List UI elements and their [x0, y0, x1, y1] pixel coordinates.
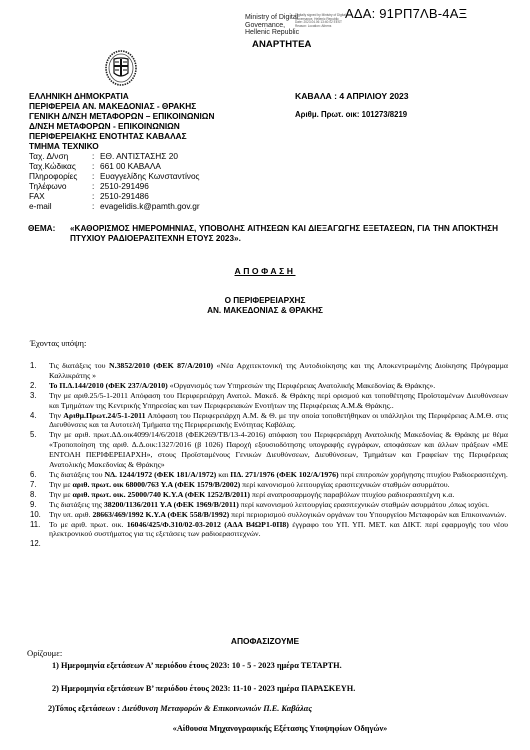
consideration-item: 12.: [30, 539, 508, 549]
decision-exam-room: «Αίθουσα Μηχανογραφικής Εξέτασης Υποψηφί…: [0, 724, 530, 733]
consideration-item: 9.Τις διατάξεις της 38200/1136/2011 Υ.Α …: [30, 500, 508, 510]
item-number: 4.: [30, 411, 49, 431]
item-number: 11.: [30, 520, 49, 540]
consideration-item: 4.Την Αριθμ.Πρωτ.24/5-1-2011 Απόφαση του…: [30, 411, 508, 431]
item-text: Την υπ. αριθ. 28663/469/1992 Κ.Υ.Α (ΦΕΚ …: [49, 510, 508, 520]
email-link[interactable]: evagelidis.k@pamth.gov.gr: [100, 201, 200, 211]
item-number: 12.: [30, 539, 49, 549]
subject: ΘΕΜΑ: «ΚΑΘΟΡΙΣΜΟΣ ΗΜΕΡΟΜΗΝΙΑΣ, ΥΠΟΒΟΛΗΣ …: [28, 224, 498, 244]
protocol-number: Αριθμ. Πρωτ. οικ: 101273/8219: [295, 110, 407, 119]
consideration-item: 3.Την με αριθ.25/5-1-2011 Απόφαση του Πε…: [30, 391, 508, 411]
item-number: 5.: [30, 430, 49, 470]
item-text: Το Π.Δ.144/2010 (ΦΕΚ 237/Α/2010) «Οργανι…: [49, 381, 508, 391]
decision-exam-date-b: 2) Ημερομηνία εξετάσεων Β’ περιόδου έτου…: [52, 684, 355, 693]
item-number: 10.: [30, 510, 49, 520]
item-text: Τις διατάξεις του ΝΔ. 1244/1972 (ΦΕΚ 181…: [49, 470, 508, 480]
letterhead: ΕΛΛΗΝΙΚΗ ΔΗΜΟΚΡΑΤΙΑ ΠΕΡΙΦΕΡΕΙΑ ΑΝ. ΜΑΚΕΔ…: [29, 91, 289, 211]
contact-address: Ταχ. Δ/νση : ΕΘ. ΑΝΤΙΣΤΑΣΗΣ 20: [29, 151, 289, 161]
digital-signature-block: Ministry of Digital Governance, Hellenic…: [245, 14, 355, 37]
letterhead-line: ΠΕΡΙΦΕΡΕΙΑΚΗΣ ΕΝΟΤΗΤΑΣ ΚΑΒΑΛΑΣ: [29, 131, 289, 141]
ada-number: ΑΔΑ: 91ΡΠ7ΛΒ-4ΑΞ: [345, 6, 467, 21]
item-text: Την με αριθ. πρωτ.ΔΔ.οικ4099/14/6/2018 (…: [49, 430, 508, 470]
consideration-item: 11.Το με αριθ. πρωτ. οικ. 16046/425/Φ.31…: [30, 520, 508, 540]
consideration-item: 8.Την με αριθ. πρωτ. οικ. 25000/740 Κ.Υ.…: [30, 490, 508, 500]
item-text: Την με αριθ.25/5-1-2011 Απόφαση του Περι…: [49, 391, 508, 411]
decision-exam-place: 2)Τόπος εξετάσεων : Διεύθυνση Μεταφορών …: [48, 704, 312, 713]
letterhead-line: ΓΕΝΙΚΗ Δ/ΝΣΗ ΜΕΤΑΦΟΡΩΝ – ΕΠΙΚΟΙΝΩΝΙΩΝ: [29, 111, 289, 121]
item-number: 7.: [30, 480, 49, 490]
contact-info-person: Πληροφορίες : Ευαγγελίδης Κωνσταντίνος: [29, 171, 289, 181]
item-number: 8.: [30, 490, 49, 500]
item-number: 6.: [30, 470, 49, 480]
posted-label: ΑΝΑΡΤΗΤΕΑ: [252, 39, 311, 50]
consideration-item: 5.Την με αριθ. πρωτ.ΔΔ.οικ4099/14/6/2018…: [30, 430, 508, 470]
letterhead-line: ΤΜΗΜΑ ΤΕΧΝΙΚΟ: [29, 141, 289, 151]
contact-postcode: Ταχ.Κώδικας : 661 00 ΚΑΒΑΛΑ: [29, 161, 289, 171]
subject-text: «ΚΑΘΟΡΙΣΜΟΣ ΗΜΕΡΟΜΗΝΙΑΣ, ΥΠΟΒΟΛΗΣ ΑΙΤΗΣΕ…: [70, 224, 498, 244]
considerations-list: 1.Τις διατάξεις του Ν.3852/2010 (ΦΕΚ 87/…: [30, 361, 508, 549]
item-number: 2.: [30, 381, 49, 391]
consideration-item: 1.Τις διατάξεις του Ν.3852/2010 (ΦΕΚ 87/…: [30, 361, 508, 381]
decision-title: ΑΠΟΦΑΣΗ: [0, 266, 530, 276]
consideration-item: 2.Το Π.Δ.144/2010 (ΦΕΚ 237/Α/2010) «Οργα…: [30, 381, 508, 391]
contact-email: e-mail : evagelidis.k@pamth.gov.gr: [29, 201, 289, 211]
contact-phone: Τηλέφωνο : 2510-291496: [29, 181, 289, 191]
letterhead-line: ΕΛΛΗΝΙΚΗ ΔΗΜΟΚΡΑΤΙΑ: [29, 91, 289, 101]
item-text: Τις διατάξεις του Ν.3852/2010 (ΦΕΚ 87/Α/…: [49, 361, 508, 381]
having-regard-label: Έχοντας υπόψη:: [30, 338, 86, 348]
consideration-item: 7.Την με αριθ. πρωτ. οικ 68000/763 Υ.Α (…: [30, 480, 508, 490]
item-text: Την με αριθ. πρωτ. οικ 68000/763 Υ.Α (ΦΕ…: [49, 480, 508, 490]
authority: Ο ΠΕΡΙΦΕΡΕΙΑΡΧΗΣ ΑΝ. ΜΑΚΕΔΟΝΙΑΣ & ΘΡΑΚΗΣ: [0, 296, 530, 316]
letterhead-line: ΠΕΡΙΦΕΡΕΙΑ ΑΝ. ΜΑΚΕΔΟΝΙΑΣ - ΘΡΑΚΗΣ: [29, 101, 289, 111]
item-text: Το με αριθ. πρωτ. οικ. 16046/425/Φ.310/0…: [49, 520, 508, 540]
letterhead-line: Δ/ΝΣΗ ΜΕΤΑΦΟΡΩΝ - ΕΠΙΚΟΙΝΩΝΙΩΝ: [29, 121, 289, 131]
item-number: 9.: [30, 500, 49, 510]
item-text: Την με αριθ. πρωτ. οικ. 25000/740 Κ.Υ.Α …: [49, 490, 508, 500]
subject-label: ΘΕΜΑ:: [28, 224, 70, 244]
item-text: [49, 539, 508, 549]
consideration-item: 10.Την υπ. αριθ. 28663/469/1992 Κ.Υ.Α (Φ…: [30, 510, 508, 520]
item-text: Τις διατάξεις της 38200/1136/2011 Υ.Α (Φ…: [49, 500, 508, 510]
we-set-label: Ορίζουμε:: [27, 648, 62, 658]
signature-details: Digitally signed by Ministry of Digital …: [295, 14, 347, 28]
item-text: Την Αριθμ.Πρωτ.24/5-1-2011 Απόφαση του Π…: [49, 411, 508, 431]
contact-fax: FAX : 2510-291486: [29, 191, 289, 201]
we-decide-heading: ΑΠΟΦΑΣΙΖΟΥΜΕ: [0, 636, 530, 646]
consideration-item: 6.Τις διατάξεις του ΝΔ. 1244/1972 (ΦΕΚ 1…: [30, 470, 508, 480]
item-number: 3.: [30, 391, 49, 411]
decision-exam-date-a: 1) Ημερομηνία εξετάσεων Α’ περιόδου έτου…: [52, 661, 342, 670]
hellenic-emblem-icon: [104, 49, 138, 87]
city-date: ΚΑΒΑΛΑ : 4 ΑΠΡΙΛΙΟΥ 2023: [295, 91, 409, 101]
item-number: 1.: [30, 361, 49, 381]
